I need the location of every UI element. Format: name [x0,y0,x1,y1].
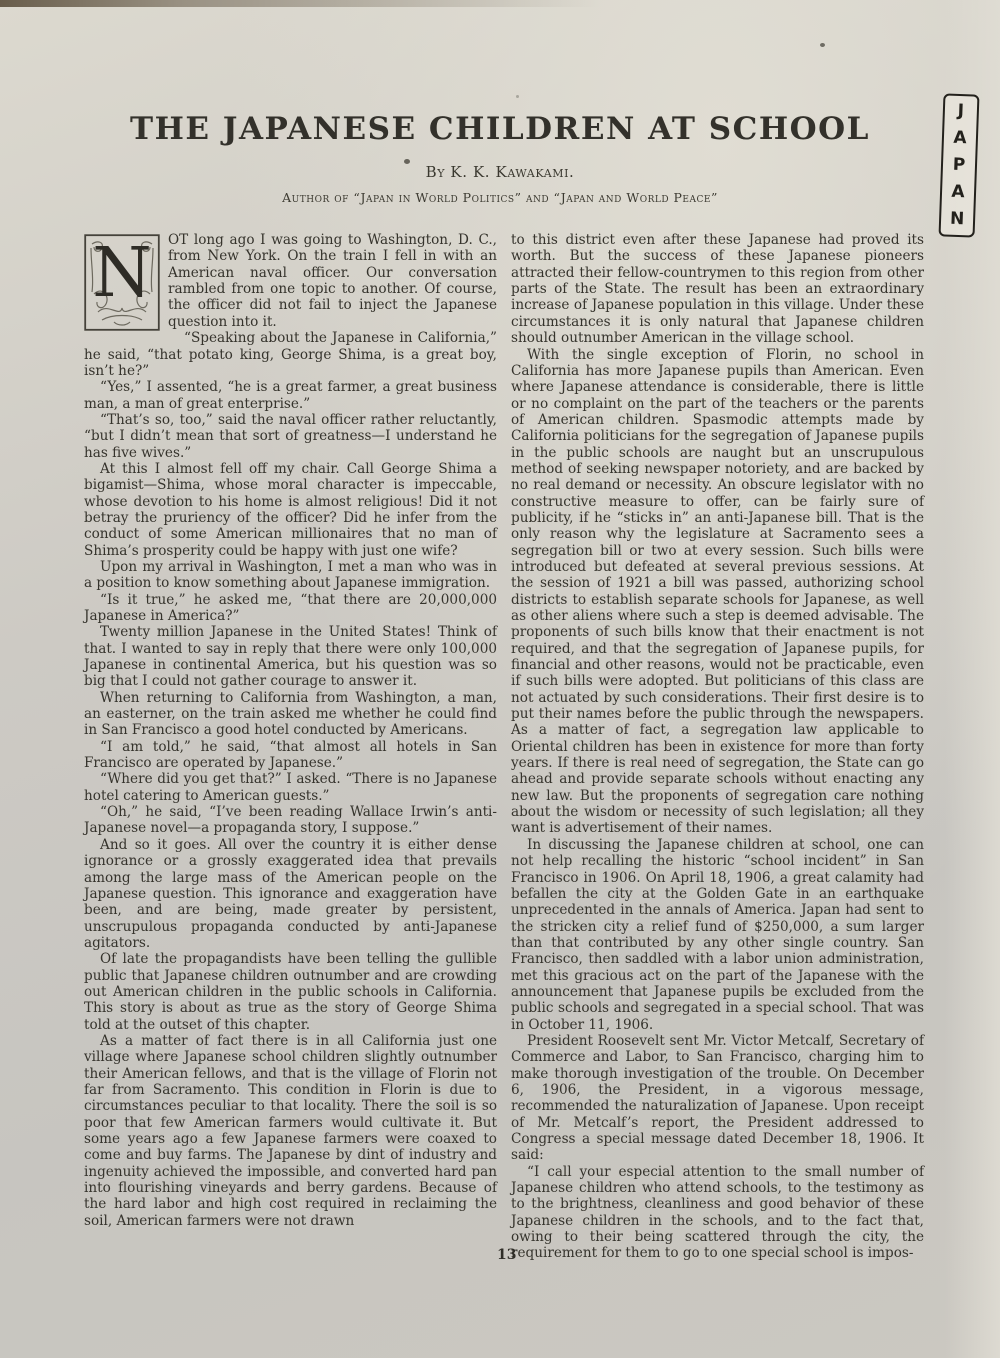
paragraph: As a matter of fact there is in all Cali… [84,1033,497,1229]
paragraph: At this I almost fell off my chair. Call… [84,461,497,559]
author-credit: Author of “Japan in World Politics” and … [0,190,1000,205]
tab-letter: J [957,103,964,120]
opening-paragraph: N OT long ago I was going to Washington,… [84,232,497,330]
paragraph: Upon my arrival in Washington, I met a m… [84,559,497,592]
paragraph: “That’s so, too,” said the naval officer… [84,412,497,461]
left-column: N OT long ago I was going to Washington,… [84,232,497,1262]
paragraph: President Roosevelt sent Mr. Victor Metc… [511,1033,924,1164]
tab-letter: N [950,211,965,228]
paragraph: to this district even after these Japane… [511,232,924,346]
japan-thumb-tab: JAPAN [939,93,980,237]
paragraph: “Oh,” he said, “I’ve been reading Wallac… [84,804,497,837]
page-title: THE JAPANESE CHILDREN AT SCHOOL [0,112,1000,146]
paragraph-text: OT long ago I was going to Washington, D… [168,232,497,330]
paragraph: When returning to California from Washin… [84,690,497,739]
paragraph: “I call your especial attention to the s… [511,1164,924,1262]
paragraph: Of late the propagandists have been tell… [84,951,497,1033]
paragraph: And so it goes. All over the country it … [84,837,497,951]
paragraph: In discussing the Japanese children at s… [511,837,924,1033]
two-column-text: N OT long ago I was going to Washington,… [84,232,924,1262]
paragraph: “Is it true,” he asked me, “that there a… [84,592,497,625]
paragraph: “Where did you get that?” I asked. “Ther… [84,771,497,804]
tab-letter: P [952,157,965,174]
article-header: THE JAPANESE CHILDREN AT SCHOOL By K. K.… [0,0,1000,205]
byline: By K. K. Kawakami. [0,163,1000,181]
paragraph: “I am told,” he said, “that almost all h… [84,739,497,772]
paragraph: With the single exception of Florin, no … [511,347,924,837]
right-column: to this district even after these Japane… [511,232,924,1262]
scanned-book-page: THE JAPANESE CHILDREN AT SCHOOL By K. K.… [0,0,1000,1358]
paragraph: “Yes,” I assented, “he is a great farmer… [84,379,497,412]
tab-letter: A [953,130,967,147]
page-number: 13 [497,1247,516,1263]
tab-letter: A [951,184,965,201]
paragraph: Twenty million Japanese in the United St… [84,624,497,689]
drop-cap-letter: N [92,234,152,313]
drop-cap-ornament: N [84,234,160,331]
paragraph: “Speaking about the Japanese in Californ… [84,330,497,379]
